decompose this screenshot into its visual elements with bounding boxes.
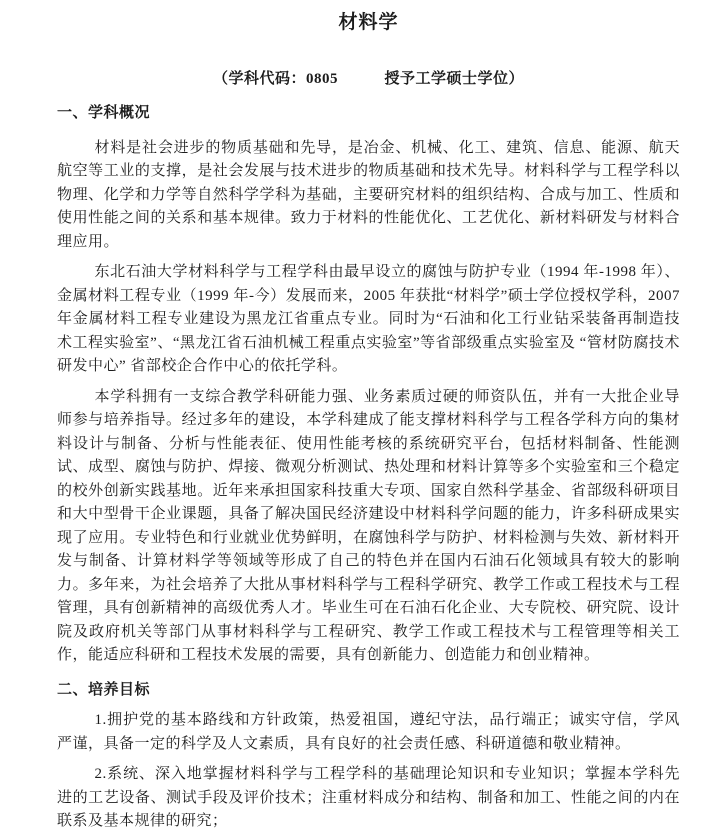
- document-title: 材料学: [57, 10, 680, 36]
- subject-code-line: （学科代码：0805 授予工学硕士学位）: [57, 68, 680, 91]
- paragraph-overview-3: 本学科拥有一支综合教学科研能力强、业务素质过硬的师资队伍，并有一大批企业导师参与…: [57, 386, 680, 668]
- paragraph-objective-1: 1.拥护党的基本路线和方针政策，热爱祖国，遵纪守法，品行端正；诚实守信，学风严谨…: [57, 709, 680, 756]
- section-heading-training-objectives: 二、培养目标: [57, 679, 680, 703]
- paragraph-overview-2: 东北石油大学材料科学与工程学科由最早设立的腐蚀与防护专业（1994 年-1998…: [57, 261, 680, 379]
- paragraph-overview-1: 材料是社会进步的物质基础和先导，是冶金、机械、化工、建筑、信息、能源、航天航空等…: [57, 137, 680, 255]
- paragraph-objective-2: 2.系统、深入地掌握材料科学与工程学科的基础理论知识和专业知识；掌握本学科先进的…: [57, 763, 680, 834]
- document-page: 材料学 （学科代码：0805 授予工学硕士学位） 一、学科概况 材料是社会进步的…: [0, 0, 714, 837]
- section-heading-discipline-overview: 一、学科概况: [57, 102, 680, 126]
